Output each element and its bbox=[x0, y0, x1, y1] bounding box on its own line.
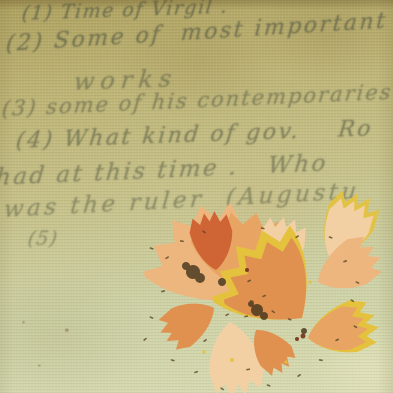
speck bbox=[149, 247, 153, 250]
speck bbox=[220, 387, 224, 391]
speck bbox=[194, 371, 198, 374]
shaving-right-mid bbox=[307, 230, 389, 303]
speck bbox=[143, 337, 147, 341]
speck bbox=[171, 359, 175, 362]
speck bbox=[266, 384, 270, 387]
photo-aged-paper-with-pencil-shavings: (1) Time of Virgil . (2) Some of most im… bbox=[0, 0, 393, 393]
speck bbox=[297, 374, 301, 378]
speck bbox=[161, 290, 165, 293]
speck bbox=[319, 359, 323, 361]
speck bbox=[225, 313, 229, 316]
speck bbox=[203, 339, 207, 343]
pencil-shavings-graphic bbox=[0, 0, 393, 393]
speck bbox=[149, 316, 153, 319]
